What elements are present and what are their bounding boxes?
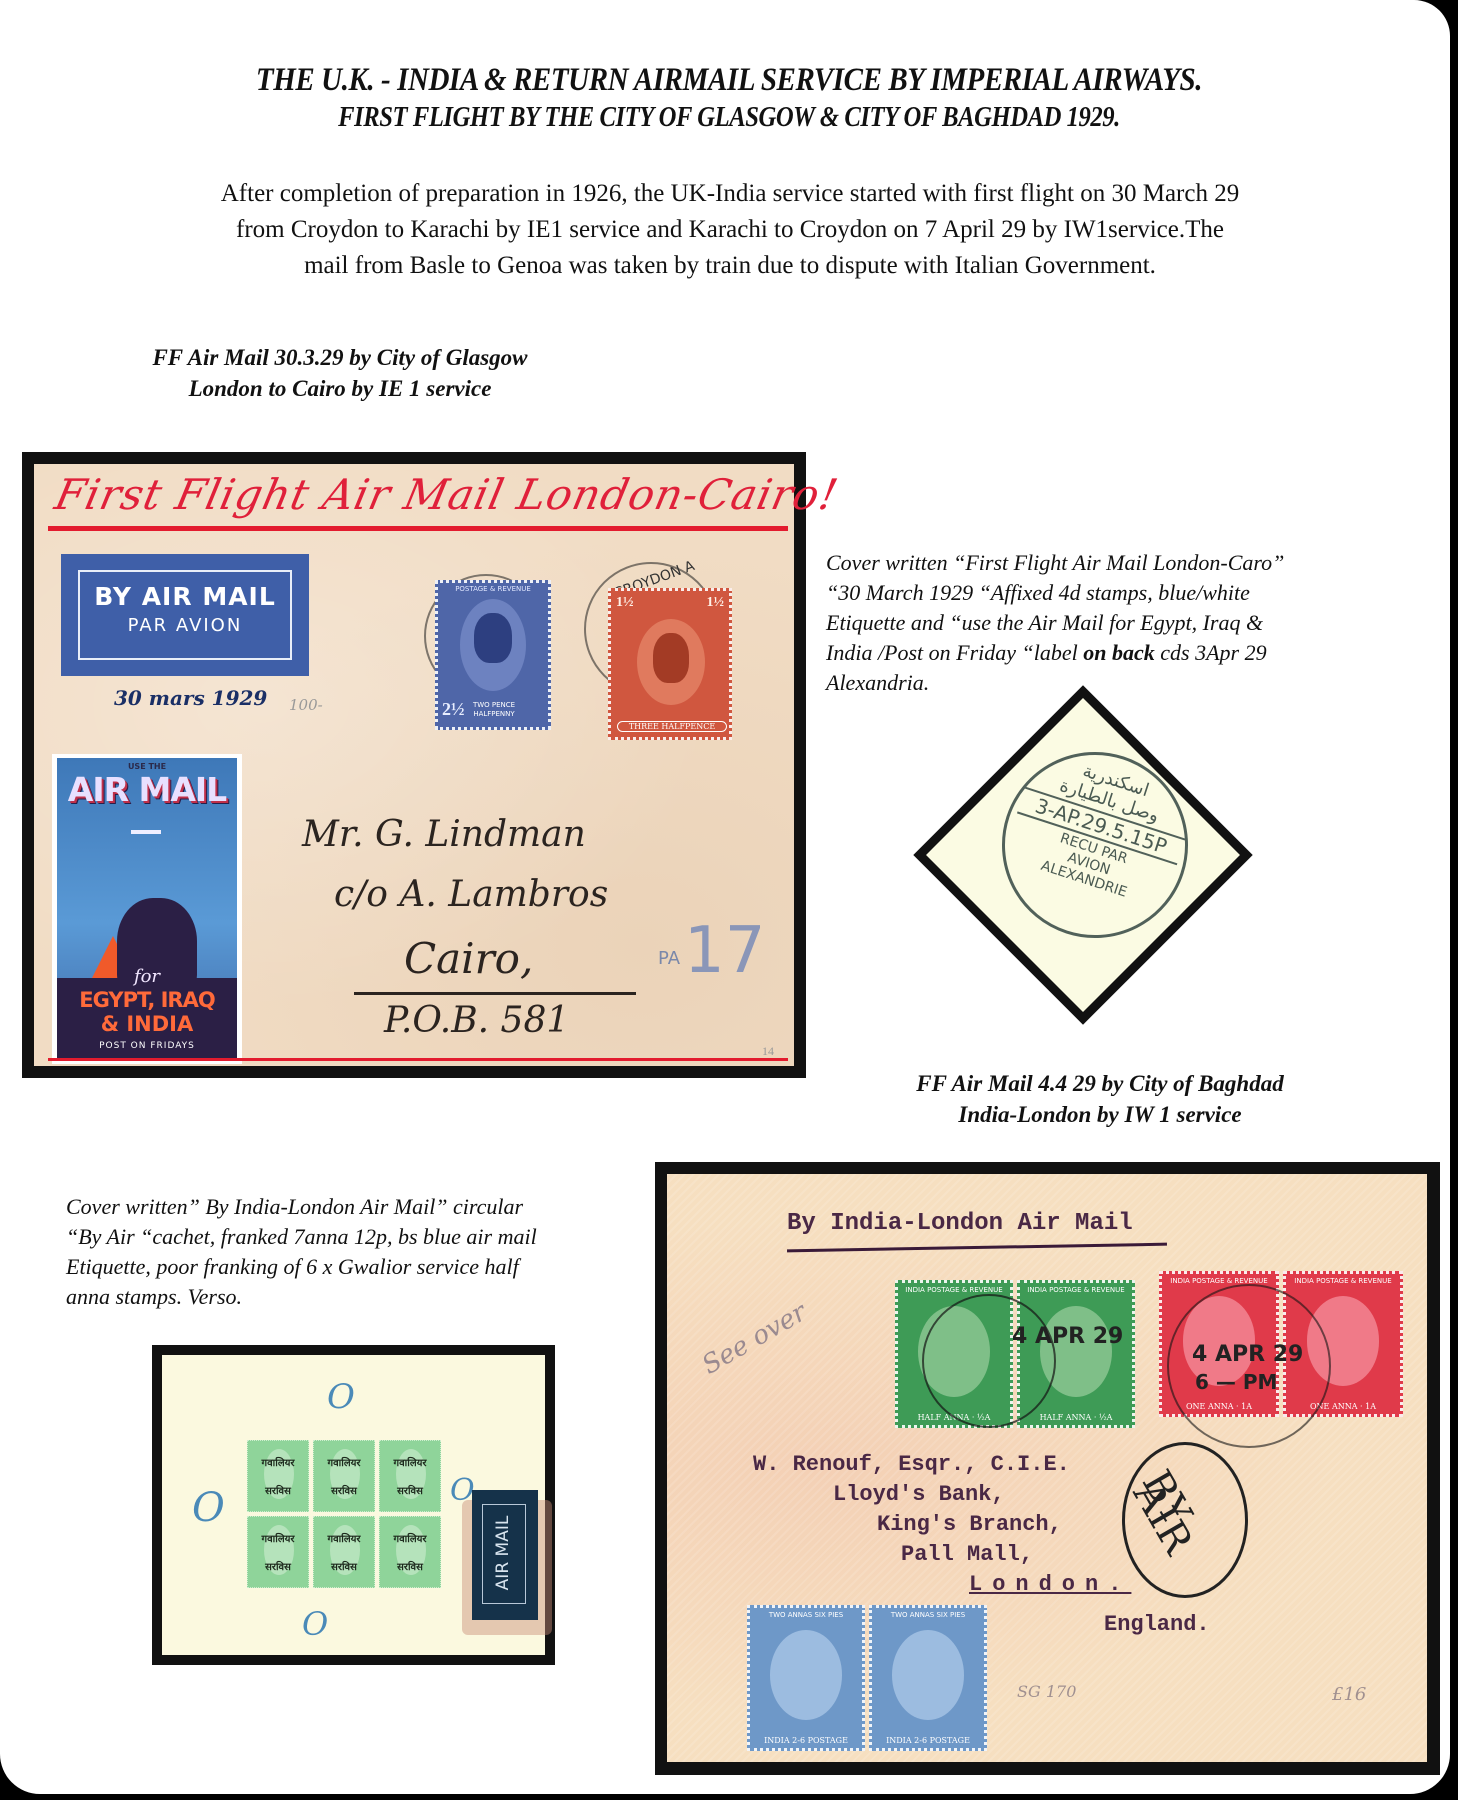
blue-circle-mark: O — [302, 1605, 328, 1643]
two-annas-six-pies-pair: TWO ANNAS SIX PIESINDIA 2-6 POSTAGETWO A… — [747, 1605, 991, 1751]
gwalior-stamp: गवालियरसरविस — [379, 1516, 441, 1588]
date-note: 30 mars 1929 — [114, 686, 267, 710]
pencil-price: £16 — [1332, 1684, 1366, 1705]
page-subtitle: FIRST FLIGHT BY THE CITY OF GLASGOW & CI… — [87, 102, 1370, 134]
verso-paper: गवालियरसरविसगवालियरसरविसगवालियरसरविसगवाल… — [162, 1355, 545, 1655]
cover2-envelope: By India-London Air Mail See over INDIA … — [667, 1174, 1427, 1762]
cover1-mount: First Flight Air Mail London-Cairo! BY A… — [22, 452, 806, 1078]
stamp-2-half-penny: POSTAGE & REVENUE 2½ TWO PENCE HALFPENNY — [435, 580, 551, 730]
album-page: THE U.K. - INDIA & RETURN AIRMAIL SERVIC… — [0, 0, 1450, 1794]
typed-header: By India-London Air Mail — [787, 1210, 1133, 1237]
king-portrait — [460, 599, 526, 691]
pencil-note: See over — [697, 1297, 812, 1380]
intro-line: After completion of preparation in 1926,… — [90, 176, 1370, 212]
red-underline — [48, 1058, 788, 1061]
etiquette-line1: BY AIR MAIL — [80, 582, 290, 611]
etiquette-line2: PAR AVION — [80, 615, 290, 636]
gwalior-stamp: गवालियरसरविस — [379, 1440, 441, 1512]
cover2-mount: By India-London Air Mail See over INDIA … — [655, 1162, 1440, 1775]
stamp-three-halfpence: 1½ 1½ THREE HALFPENCE — [608, 588, 732, 740]
manuscript-header: First Flight Air Mail London-Cairo! — [51, 470, 843, 519]
blue-circle-mark: O — [327, 1377, 355, 1417]
address-line: Cairo, — [404, 934, 533, 983]
page-title: THE U.K. - INDIA & RETURN AIRMAIL SERVIC… — [87, 62, 1370, 99]
address-country: England. — [1104, 1612, 1210, 1637]
king-portrait — [637, 619, 705, 705]
red-underline — [48, 526, 788, 531]
number-mark: 17 — [684, 914, 765, 988]
stamp: TWO ANNAS SIX PIESINDIA 2-6 POSTAGE — [747, 1605, 865, 1751]
address-line: Mr. G. Lindman — [302, 814, 586, 855]
gwalior-stamp: गवालियरसरविस — [247, 1440, 309, 1512]
intro-paragraph: After completion of preparation in 1926,… — [90, 176, 1370, 284]
cover1-caption-line2: London to Cairo by IE 1 service — [100, 373, 580, 404]
address: W. Renouf, Esqr., C.I.E. Lloyd's Bank, K… — [753, 1450, 1131, 1600]
verso-description: Cover written” By India-London Air Mail”… — [66, 1192, 666, 1312]
cover2-caption-line1: FF Air Mail 4.4 29 by City of Baghdad — [860, 1068, 1340, 1099]
postmark — [922, 1294, 1056, 1428]
intro-line: from Croydon to Karachi by IE1 service a… — [90, 212, 1370, 248]
air-mail-etiquette: BY AIR MAIL PAR AVION — [61, 554, 309, 676]
air-mail-etiquette: AIR MAIL — [472, 1490, 538, 1620]
cover2-caption-line2: India-London by IW 1 service — [860, 1099, 1340, 1130]
address-line: c/o A. Lambros — [334, 874, 608, 915]
pencil-note: 100- — [289, 696, 323, 714]
pa-mark: PA — [658, 948, 680, 969]
blue-circle-mark: O — [192, 1485, 225, 1531]
cover1-caption: FF Air Mail 30.3.29 by City of Glasgow L… — [100, 342, 580, 404]
pencil-catalogue: SG 170 — [1017, 1682, 1076, 1701]
gwalior-stamp-block: गवालियरसरविसगवालियरसरविसगवालियरसरविसगवाल… — [247, 1440, 447, 1590]
by-air-cachet: BY AIR — [1122, 1442, 1248, 1598]
intro-line: mail from Basle to Genoa was taken by tr… — [90, 248, 1370, 284]
stamp: TWO ANNAS SIX PIESINDIA 2-6 POSTAGE — [869, 1605, 987, 1751]
cover1-envelope: First Flight Air Mail London-Cairo! BY A… — [34, 464, 794, 1066]
gwalior-stamp: गवालियरसरविस — [313, 1440, 375, 1512]
cover1-caption-line1: FF Air Mail 30.3.29 by City of Glasgow — [100, 342, 580, 373]
biplane-icon — [131, 830, 161, 834]
address-line: P.O.B. 581 — [384, 1000, 569, 1041]
verso-mount: गवालियरसरविसगवालियरसरविसगवालियरसरविसगवाल… — [152, 1345, 555, 1665]
gwalior-stamp: गवालियरसरविस — [247, 1516, 309, 1588]
cover2-caption: FF Air Mail 4.4 29 by City of Baghdad In… — [860, 1068, 1340, 1130]
gwalior-stamp: गवालियरसरविस — [313, 1516, 375, 1588]
cover1-description: Cover written “First Flight Air Mail Lon… — [826, 548, 1426, 698]
use-air-mail-label: USE THE AIR MAIL for EGYPT, IRAQ & INDIA… — [52, 754, 242, 1064]
